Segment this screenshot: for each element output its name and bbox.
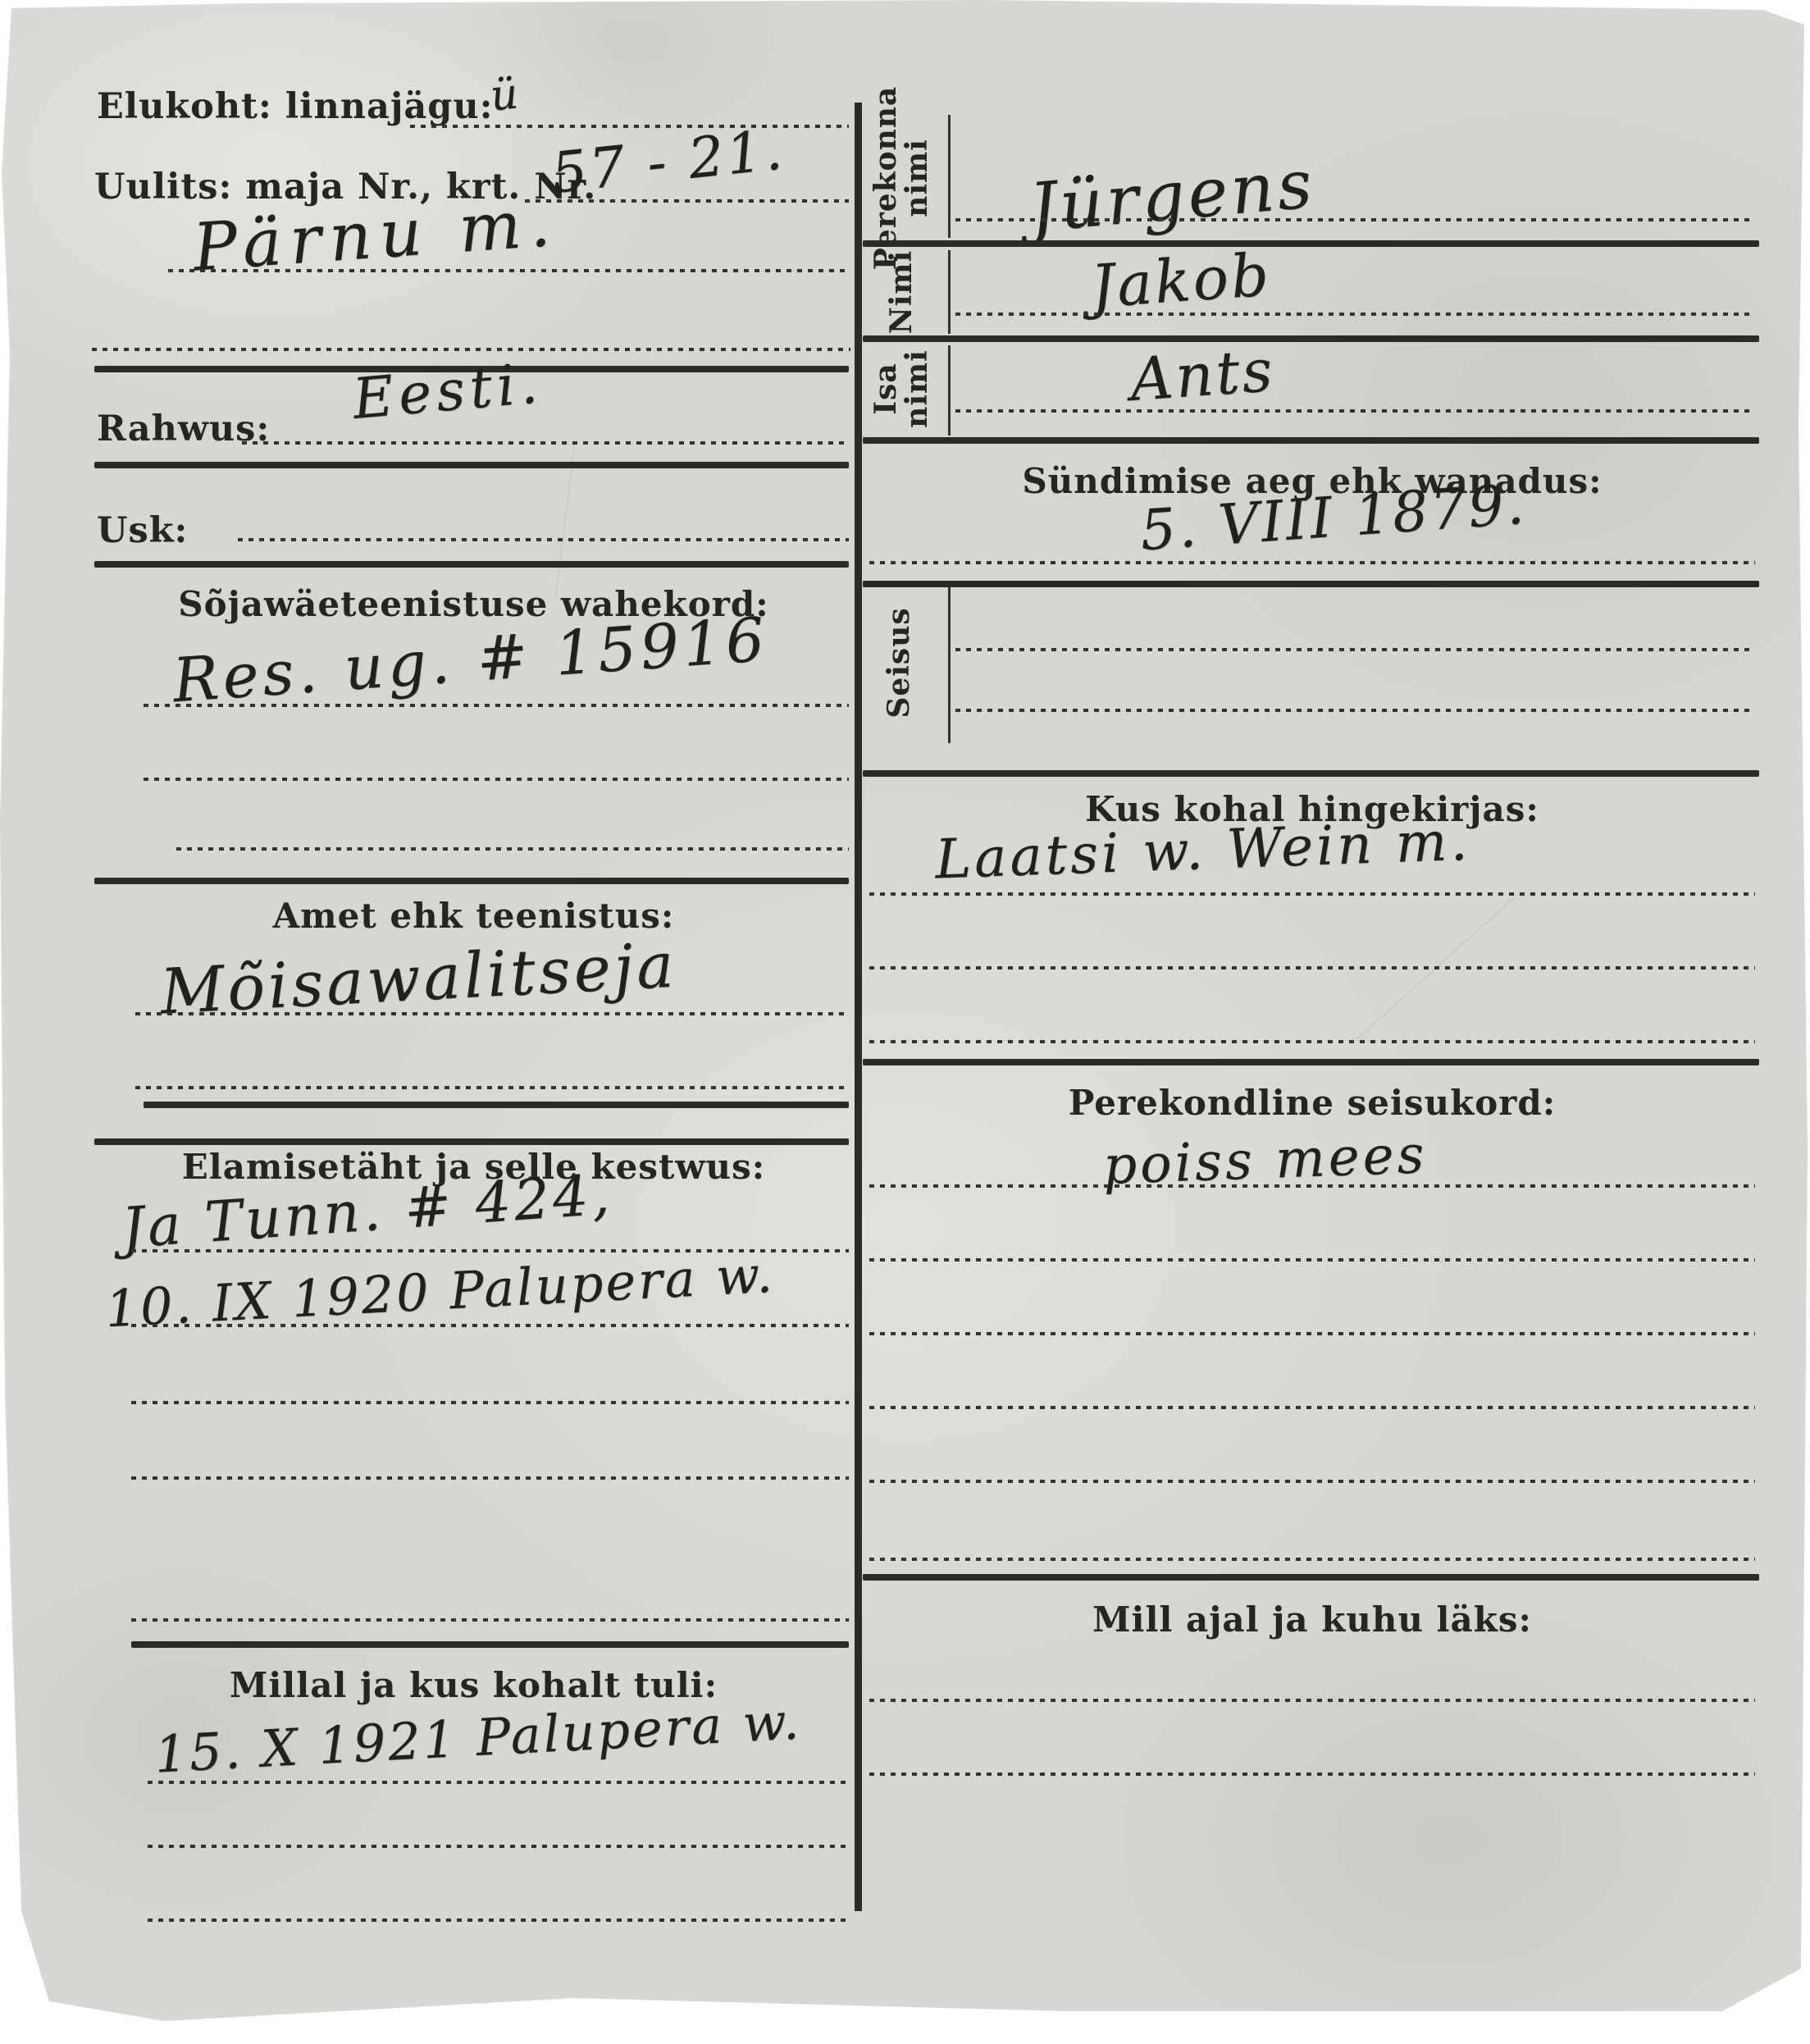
dotted-line <box>525 199 849 203</box>
rule-line <box>863 770 1759 777</box>
rule-line <box>94 1138 849 1145</box>
dotted-line <box>242 441 849 445</box>
rule-line <box>863 335 1759 342</box>
dotted-line <box>92 348 850 351</box>
religion-label: Usk: <box>97 510 188 551</box>
rule-line <box>863 581 1759 587</box>
dotted-line <box>135 1012 849 1015</box>
rule-line <box>94 561 849 568</box>
father-name-value: Ants <box>1128 335 1277 414</box>
label-divider-line <box>948 250 951 334</box>
label-divider-line <box>948 115 951 238</box>
dotted-line <box>148 1919 849 1922</box>
father-name-label: Isa nimi <box>871 343 933 435</box>
rule-line <box>863 437 1759 444</box>
dotted-line <box>135 1086 849 1089</box>
dotted-line <box>955 409 1755 413</box>
dotted-line <box>869 1480 1755 1483</box>
first-name-value: Jakob <box>1088 240 1273 321</box>
dotted-line <box>144 704 849 707</box>
rule-line <box>94 462 849 468</box>
label-divider-line <box>948 587 951 743</box>
dotted-line <box>955 218 1755 221</box>
dotted-line <box>869 1406 1755 1409</box>
family-status-header: Perekondline seisukord: <box>869 1083 1755 1123</box>
dotted-line <box>131 1618 849 1622</box>
dotted-line <box>148 1845 849 1848</box>
dotted-line <box>168 269 849 272</box>
dotted-line <box>131 1476 849 1480</box>
label-divider-line <box>948 345 951 436</box>
dotted-line <box>955 313 1755 316</box>
occupation-header: Amet ehk teenistus: <box>94 896 853 936</box>
dotted-line <box>869 966 1755 970</box>
dotted-line <box>131 1324 849 1327</box>
first-name-label: Nimi <box>887 243 918 341</box>
rule-line <box>863 240 1759 247</box>
dotted-line <box>869 1558 1755 1561</box>
dotted-line <box>148 1781 849 1784</box>
rule-line <box>144 1102 849 1108</box>
rule-line <box>863 1059 1759 1065</box>
dotted-line <box>144 778 849 781</box>
rule-line <box>94 878 849 884</box>
residence-value: ü <box>488 69 521 121</box>
rule-line <box>863 1574 1759 1581</box>
dotted-line <box>955 709 1755 712</box>
dotted-line <box>869 892 1755 896</box>
rule-line <box>131 1641 849 1648</box>
scanned-registration-card: Elukoht: linnajägu: ü Uulits: maja Nr., … <box>0 0 1810 2044</box>
column-divider <box>855 103 862 1911</box>
dotted-line <box>869 1184 1755 1188</box>
dotted-line <box>131 1401 849 1404</box>
dotted-line <box>869 1773 1755 1776</box>
departure-header: Mill ajal ja kuhu läks: <box>869 1599 1755 1640</box>
dotted-line <box>955 648 1755 651</box>
residence-label: Elukoht: linnajägu: <box>97 86 494 127</box>
dotted-line <box>869 1332 1755 1335</box>
dotted-line <box>869 561 1755 564</box>
status-label: Seisus <box>884 597 915 728</box>
dotted-line <box>238 538 849 541</box>
dotted-line <box>869 1699 1755 1702</box>
dotted-line <box>176 847 849 851</box>
dotted-line <box>410 125 849 128</box>
dotted-line <box>869 1040 1755 1043</box>
dotted-line <box>869 1258 1755 1262</box>
